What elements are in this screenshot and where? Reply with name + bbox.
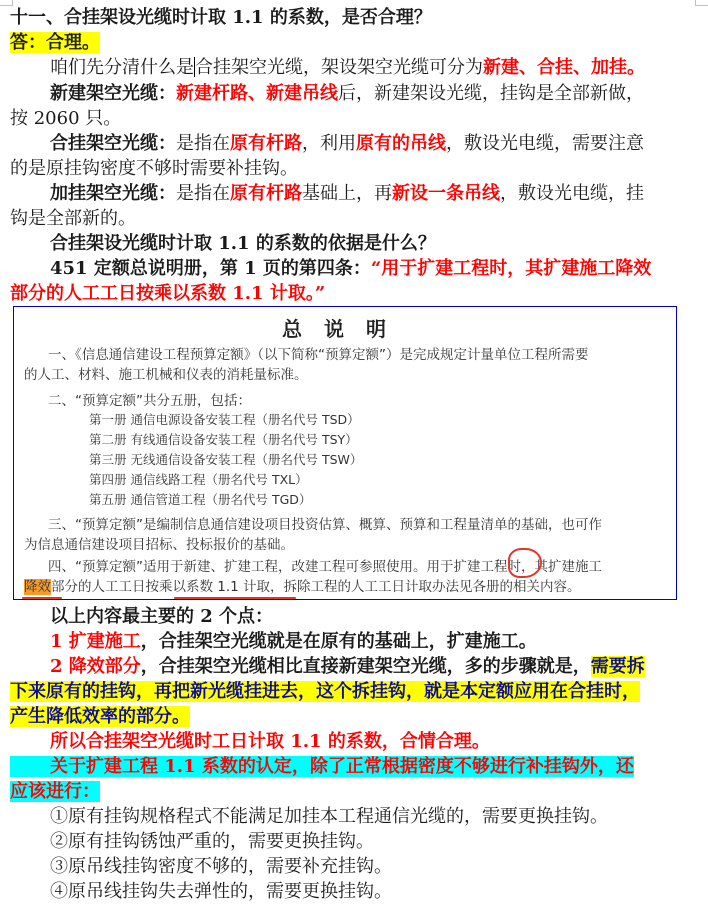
excerpt-book: 第五册 通信管道工程（册名代号 TGD） xyxy=(89,490,311,510)
excerpt-p4-text: 部分的人工工日按乘以系数 1.1 计取，拆除工程的人工工日计取办法见各册的相关内… xyxy=(51,579,581,595)
excerpt-title: 总说明 xyxy=(14,313,676,342)
definition-shared-cont: 的是原挂钩密度不够时需要补挂钩。 xyxy=(10,157,298,181)
definition-text: 基础上，再 xyxy=(302,183,392,204)
point-label: 2 降效部分 xyxy=(50,656,141,677)
extension-item: ④原吊线挂钩失去弹性的，需要更换挂钩。 xyxy=(50,880,392,904)
red-emphasis: 原有的吊线 xyxy=(356,133,446,154)
answer-text: 答：合理。 xyxy=(10,32,100,53)
basis-source: 451 定额总说明册，第 1 页的第四条：“用于扩建工程时，其扩建施工降效 xyxy=(50,257,651,281)
highlighted-text: 下来原有的挂钩，再把新光缆挂进去，这个拆挂钩，就是本定额应用在合挂时， xyxy=(10,681,640,702)
summary-point-2-cont: 下来原有的挂钩，再把新光缆挂进去，这个拆挂钩，就是本定额应用在合挂时， xyxy=(10,680,640,704)
intro-paragraph: 咱们先分清什么是合挂架空光缆，架设架空光缆可分为新建、合挂、加挂。 xyxy=(50,56,645,80)
cyan-highlighted-text: 关于扩建工程 1.1 系数的认定，除了正常根据密度不够进行补挂钩外，还 xyxy=(10,756,634,777)
intro-text: 咱们先分清什么是 xyxy=(50,57,194,78)
page-corner-mark xyxy=(695,0,708,6)
intro-types: 新建、合挂、加挂。 xyxy=(483,57,645,78)
definition-new: 新建架空光缆：新建杆路、新建吊线后，新建架设光缆，挂钩是全部新做， xyxy=(50,82,644,106)
basis-quote-cont: 部分的人工工日按乘以系数 1.1 计取。” xyxy=(10,282,325,306)
excerpt-p3-cont: 为信息通信建设项目招标、投标报价的基础。 xyxy=(24,535,294,555)
basis-source-text: 451 定额总说明册，第 1 页的第四条： xyxy=(50,258,371,279)
extension-item: ②原有挂钩锈蚀严重的，需要更换挂钩。 xyxy=(50,830,374,854)
definition-text: 后，新建架设光缆，挂钩是全部新做， xyxy=(338,83,644,104)
summary-point-1: 1 扩建施工，合挂架空光缆就是在原有的基础上，扩建施工。 xyxy=(50,630,537,654)
annotation-underline xyxy=(174,597,296,599)
intro-text-2: 合挂架空光缆，架设架空光缆可分为 xyxy=(195,57,483,78)
extension-item: ③原吊线挂钩密度不够的，需要补充挂钩。 xyxy=(50,855,392,879)
point-text: ，合挂架空光缆就是在原有的基础上，扩建施工。 xyxy=(141,631,537,652)
definition-shared: 合挂架空光缆：是指在原有杆路，利用原有的吊线，敷设光电缆，需要注意 xyxy=(50,132,644,156)
red-emphasis: 新建杆路、新建吊线 xyxy=(176,83,338,104)
definition-text: 是指在 xyxy=(176,133,230,154)
question-title: 十一、合挂架设光缆时计取 1.1 的系数，是否合理？ xyxy=(10,6,432,30)
excerpt-p4-cont: 降效部分的人工工日按乘以系数 1.1 计取，拆除工程的人工工日计取办法见各册的相… xyxy=(24,577,581,597)
annotation-underline xyxy=(22,597,62,599)
red-emphasis: 原有杆路 xyxy=(230,183,302,204)
term-label: 合挂架空光缆： xyxy=(50,133,176,154)
excerpt-p2: 二、“预算定额”共分五册，包括： xyxy=(24,391,251,411)
summary-conclusion: 所以合挂架空光缆时工日计取 1.1 的系数，合情合理。 xyxy=(50,730,490,754)
highlighted-text: 产生降低效率的部分。 xyxy=(10,706,190,727)
definition-new-cont: 按 2060 只。 xyxy=(10,107,121,131)
extension-line-2: 应该进行： xyxy=(10,780,100,804)
extension-item: ①原有挂钩规格程式不能满足加挂本工程通信光缆的，需要更换挂钩。 xyxy=(50,805,608,829)
term-label: 新建架空光缆： xyxy=(50,83,176,104)
quoted-excerpt-box: 总说明 一、《信息通信建设工程预算定额》（以下简称“预算定额”）是完成规定计量单… xyxy=(13,306,677,600)
definition-text: ，敷设光电缆，挂 xyxy=(500,183,644,204)
definition-added: 加挂架空光缆：是指在原有杆路基础上，再新设一条吊线，敷设光电缆，挂 xyxy=(50,182,644,206)
summary-heading: 以上内容最主要的 2 个点： xyxy=(50,605,273,629)
definition-text: 是指在 xyxy=(176,183,230,204)
excerpt-book: 第二册 有线通信设备安装工程（册名代号 TSY） xyxy=(89,430,358,450)
point-label: 1 扩建施工 xyxy=(50,631,141,652)
basis-quote: “用于扩建工程时，其扩建施工降效 xyxy=(371,258,651,279)
red-emphasis: 新设一条吊线 xyxy=(392,183,500,204)
extension-line-1: 关于扩建工程 1.1 系数的认定，除了正常根据密度不够进行补挂钩外，还 xyxy=(10,755,634,779)
highlight-reduced-efficiency: 降效 xyxy=(24,579,51,595)
summary-point-2: 2 降效部分，合挂架空光缆相比直接新建架空光缆，多的步骤就是，需要拆 xyxy=(50,655,645,679)
cyan-highlighted-text: 应该进行： xyxy=(10,781,100,802)
excerpt-p1-cont: 的人工、材料、施工机械和仪表的消耗量标准。 xyxy=(24,365,308,385)
excerpt-p3: 三、“预算定额”是编制信息通信建设项目投资估算、概算、预算和工程量清单的基础，也… xyxy=(24,515,602,535)
highlighted-text: 需要拆 xyxy=(591,656,645,677)
definition-added-cont: 钩是全部新的。 xyxy=(10,207,136,231)
basis-question: 合挂架设光缆时计取 1.1 的系数的依据是什么？ xyxy=(50,232,436,256)
point-text: ，合挂架空光缆相比直接新建架空光缆，多的步骤就是， xyxy=(141,656,591,677)
definition-text: ，利用 xyxy=(302,133,356,154)
excerpt-book: 第三册 无线通信设备安装工程（册名代号 TSW） xyxy=(89,450,362,470)
excerpt-p1: 一、《信息通信建设工程预算定额》（以下简称“预算定额”）是完成规定计量单位工程所… xyxy=(24,345,589,365)
definition-text: ，敷设光电缆，需要注意 xyxy=(446,133,644,154)
answer-line: 答：合理。 xyxy=(10,31,100,55)
term-label: 加挂架空光缆： xyxy=(50,183,176,204)
red-emphasis: 原有杆路 xyxy=(230,133,302,154)
summary-point-2-cont2: 产生降低效率的部分。 xyxy=(10,705,190,729)
excerpt-book: 第四册 通信线路工程（册名代号 TXL） xyxy=(89,470,308,490)
excerpt-book: 第一册 通信电源设备安装工程（册名代号 TSD） xyxy=(89,410,360,430)
